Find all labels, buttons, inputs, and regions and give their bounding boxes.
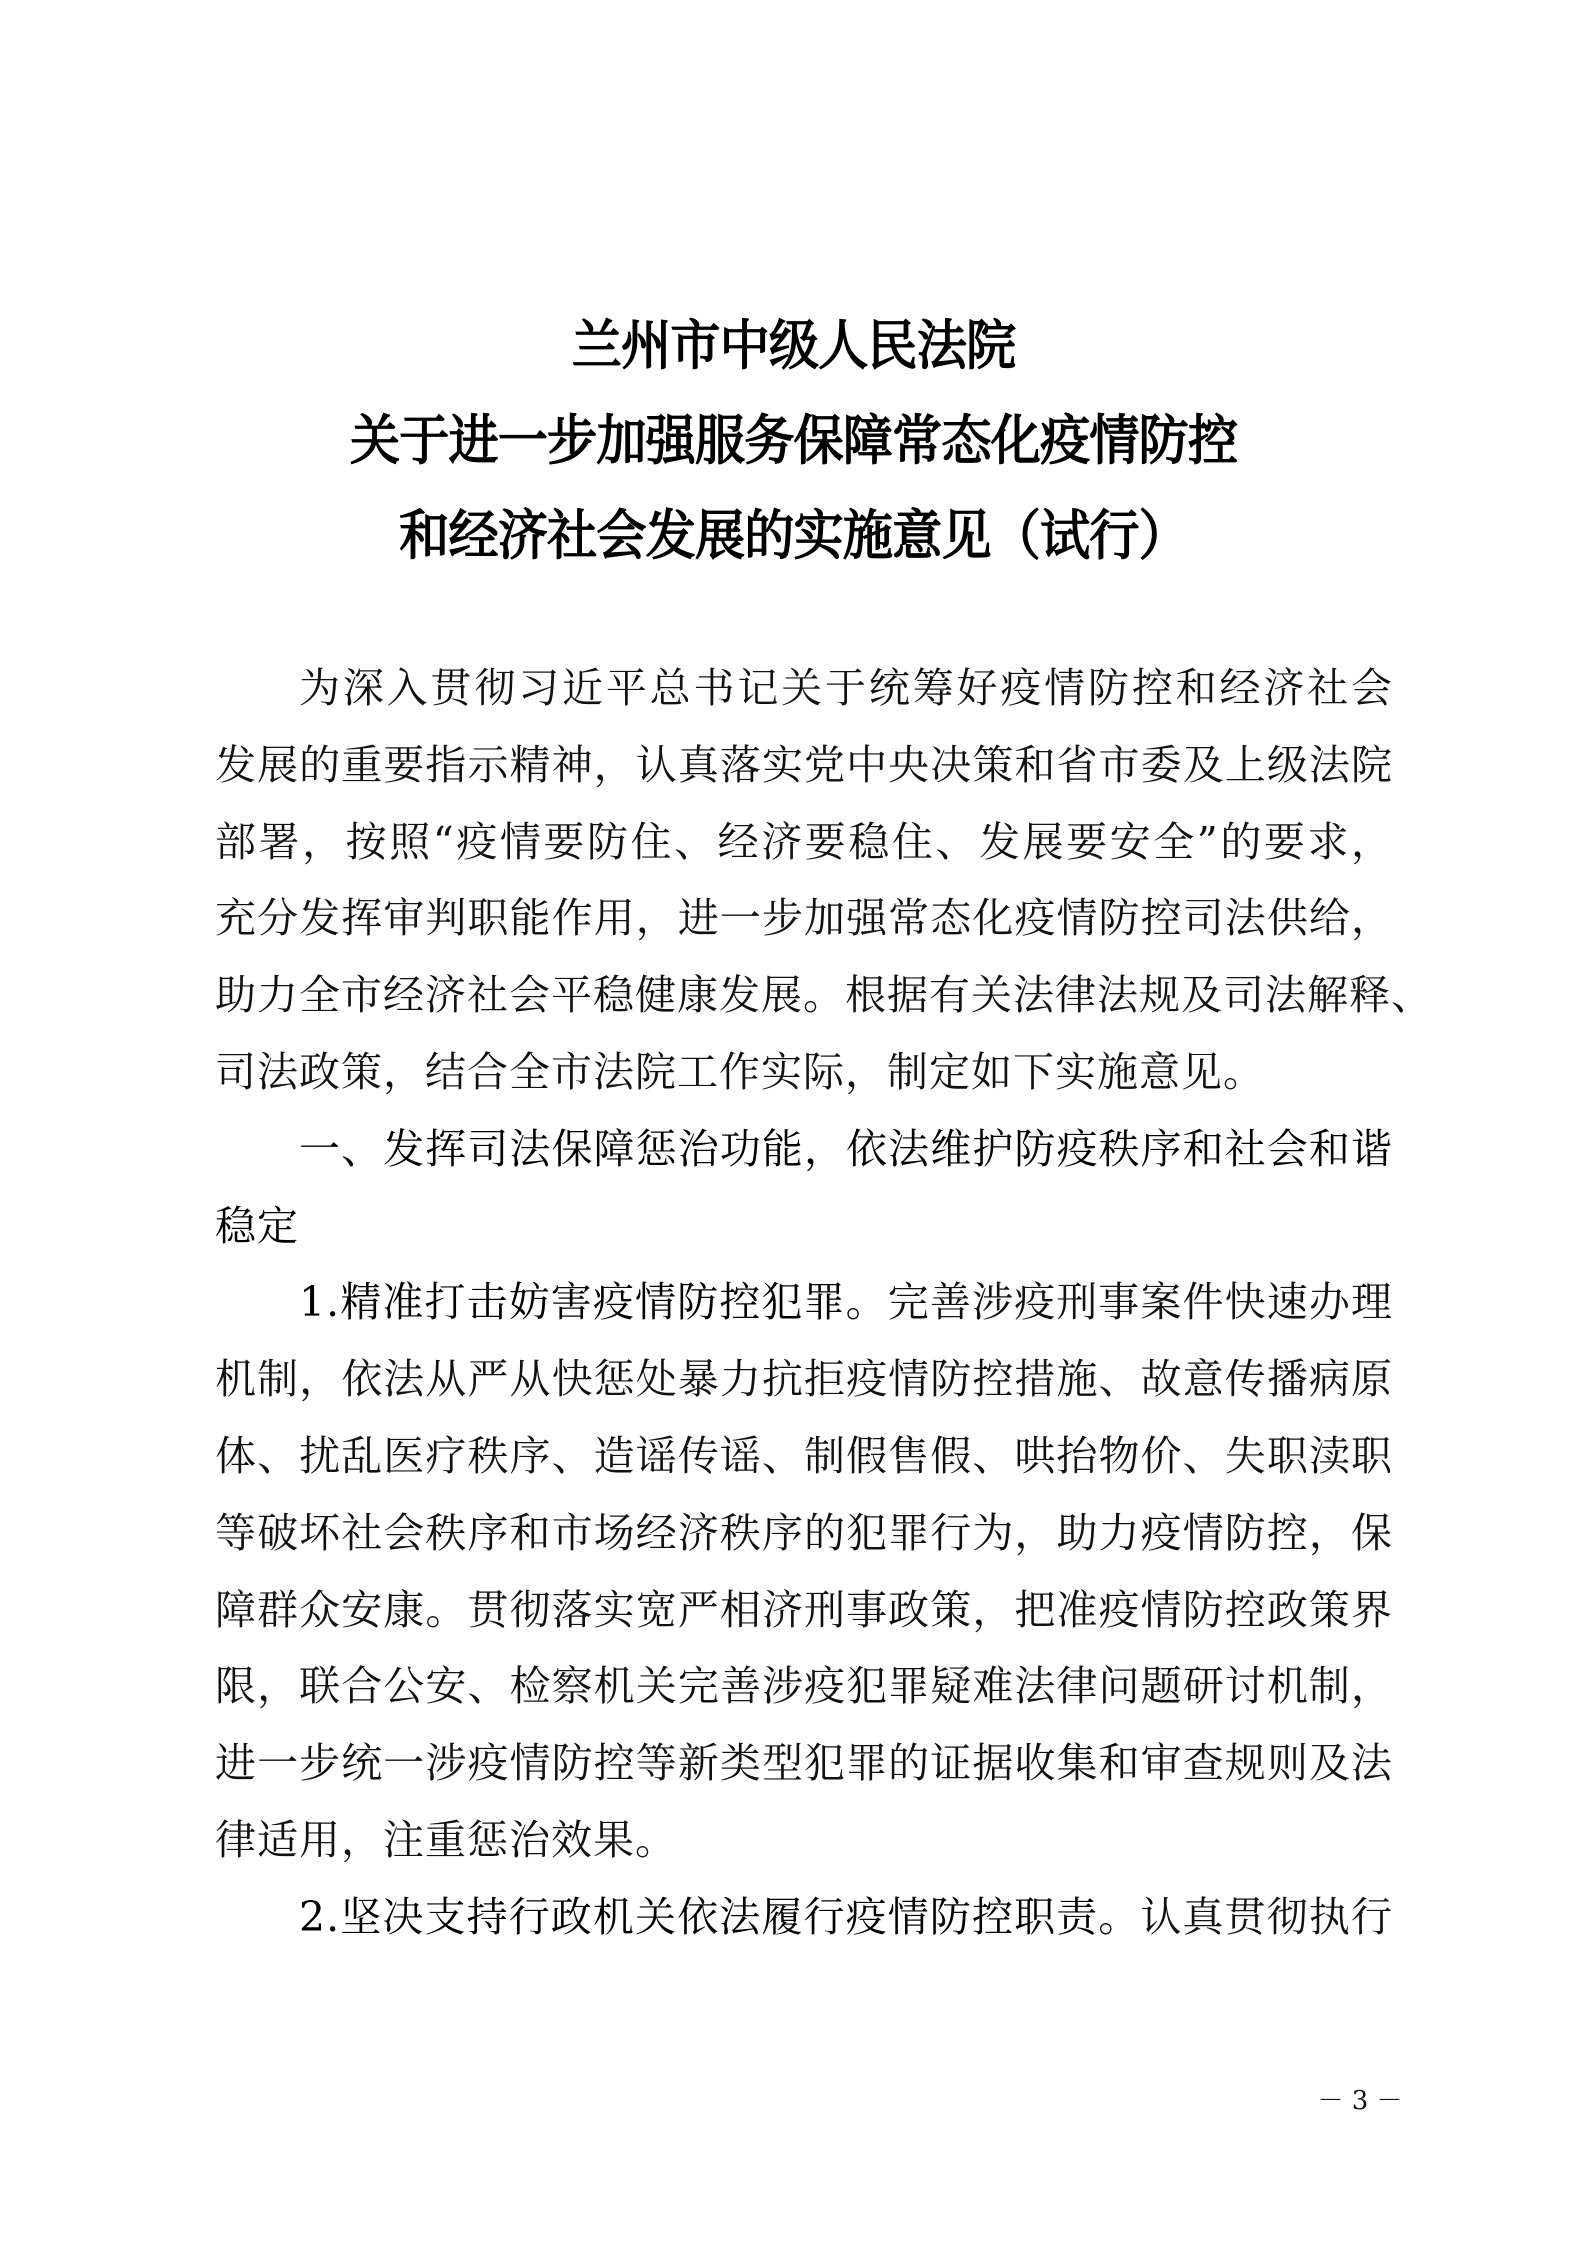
item-1-text: 完善涉疫刑事案件快速办理 [888, 1278, 1393, 1326]
title-line-2: 关于进一步加强服务保障常态化疫情防控 [56, 393, 1532, 488]
item-1-heading: 1.精准打击妨害疫情防控犯罪。 [299, 1278, 888, 1326]
item-2-heading: 2.坚决支持行政机关依法履行疫情防控职责。 [299, 1893, 1140, 1941]
preamble-paragraph: 为深入贯彻习近平总书记关于统筹好疫情防控和经济社会 发展的重要指示精神，认真落实… [215, 650, 1393, 1111]
item-1-first-line: 1.精准打击妨害疫情防控犯罪。完善涉疫刑事案件快速办理 [215, 1264, 1393, 1341]
item-1-line: 体、扰乱医疗秩序、造谣传谣、制假售假、哄抬物价、失职渎职 [215, 1418, 1393, 1495]
item-1-line: 律适用，注重惩治效果。 [215, 1802, 1393, 1879]
title-line-3: 和经济社会发展的实施意见（试行） [56, 488, 1532, 583]
section-heading-line: 一、发挥司法保障惩治功能，依法维护防疫秩序和社会和谐 [215, 1111, 1393, 1188]
preamble-line: 为深入贯彻习近平总书记关于统筹好疫情防控和经济社会 [215, 650, 1393, 727]
preamble-line: 助力全市经济社会平稳健康发展。根据有关法律法规及司法解释、 [215, 957, 1393, 1034]
preamble-line: 充分发挥审判职能作用，进一步加强常态化疫情防控司法供给， [215, 880, 1393, 957]
section-heading-line: 稳定 [215, 1188, 1393, 1265]
item-1-paragraph: 1.精准打击妨害疫情防控犯罪。完善涉疫刑事案件快速办理 机制，依法从严从快惩处暴… [215, 1264, 1393, 1878]
preamble-line: 部署，按照“疫情要防住、经济要稳住、发展要安全”的要求， [215, 804, 1393, 881]
title-line-1: 兰州市中级人民法院 [56, 298, 1532, 393]
item-2-text: 认真贯彻执行 [1140, 1893, 1393, 1941]
item-1-line: 进一步统一涉疫情防控等新类型犯罪的证据收集和审查规则及法 [215, 1725, 1393, 1802]
item-1-line: 等破坏社会秩序和市场经济秩序的犯罪行为，助力疫情防控，保 [215, 1495, 1393, 1572]
item-2-paragraph: 2.坚决支持行政机关依法履行疫情防控职责。认真贯彻执行 [215, 1879, 1393, 1956]
item-1-line: 机制，依法从严从快惩处暴力抗拒疫情防控措施、故意传播病原 [215, 1341, 1393, 1418]
section-heading-1: 一、发挥司法保障惩治功能，依法维护防疫秩序和社会和谐 稳定 [215, 1111, 1393, 1265]
item-1-line: 限，联合公安、检察机关完善涉疫犯罪疑难法律问题研讨机制， [215, 1648, 1393, 1725]
preamble-line: 发展的重要指示精神，认真落实党中央决策和省市委及上级法院 [215, 727, 1393, 804]
document-title: 兰州市中级人民法院 关于进一步加强服务保障常态化疫情防控 和经济社会发展的实施意… [0, 298, 1587, 583]
page-number: － 3 － [1315, 2080, 1405, 2117]
document-body: 为深入贯彻习近平总书记关于统筹好疫情防控和经济社会 发展的重要指示精神，认真落实… [215, 650, 1393, 1956]
preamble-line: 司法政策，结合全市法院工作实际，制定如下实施意见。 [215, 1034, 1393, 1111]
document-page: 兰州市中级人民法院 关于进一步加强服务保障常态化疫情防控 和经济社会发展的实施意… [0, 0, 1587, 2245]
item-1-line: 障群众安康。贯彻落实宽严相济刑事政策，把准疫情防控政策界 [215, 1572, 1393, 1649]
item-2-first-line: 2.坚决支持行政机关依法履行疫情防控职责。认真贯彻执行 [215, 1879, 1393, 1956]
